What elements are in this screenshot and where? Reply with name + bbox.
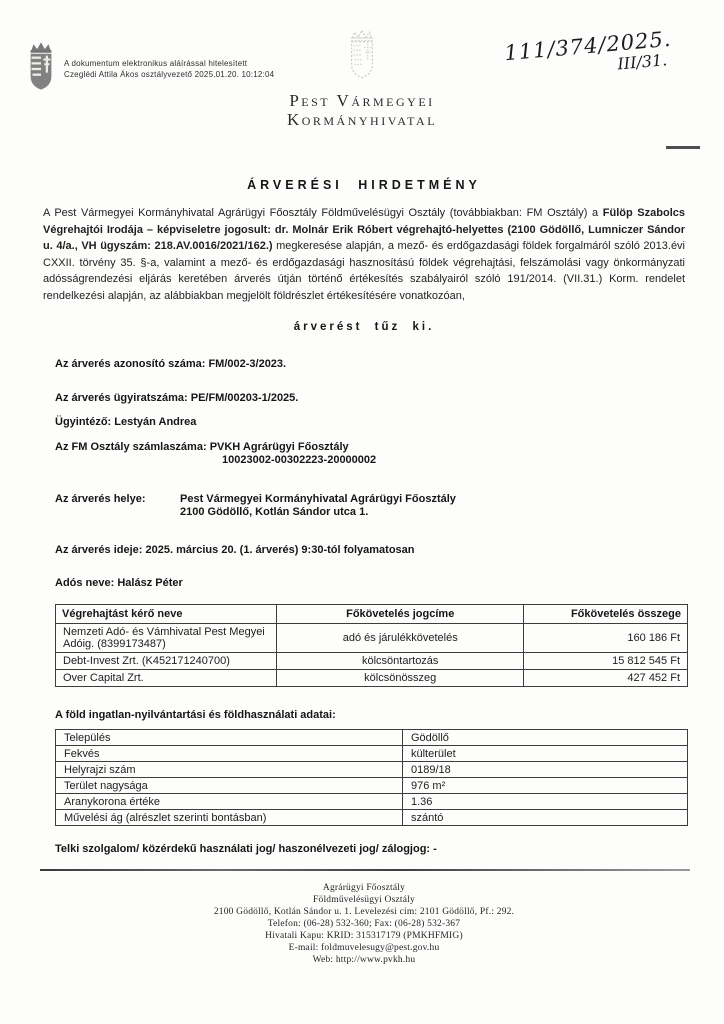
land-label: Fekvés	[56, 746, 403, 762]
claim-amount: 15 812 545 Ft	[524, 653, 688, 670]
auction-place-label: Az árverés helye:	[55, 493, 180, 519]
claim-amount: 160 186 Ft	[524, 624, 688, 653]
table-row: Over Capital Zrt. kölcsönösszeg 427 452 …	[56, 670, 688, 687]
footer-line: Földművelésügyi Osztály	[43, 894, 685, 906]
land-label: Település	[56, 730, 403, 746]
land-value: külterület	[403, 746, 688, 762]
land-value: 1.36	[403, 794, 688, 810]
footer-line: Agrárügyi Főosztály	[43, 882, 685, 894]
auction-id-line: Az árverés azonosító száma: FM/002-3/202…	[55, 358, 685, 370]
table-row: Művelési ág (alrészlet szerinti bontásba…	[56, 810, 688, 826]
scan-artifact-dash	[666, 146, 700, 149]
account-section: Az FM Osztály számlaszáma: PVKH Agrárügy…	[55, 441, 685, 466]
table-row: Település Gödöllő	[56, 730, 688, 746]
footer-line: 2100 Gödöllő, Kotlán Sándor u. 1. Levele…	[43, 906, 685, 918]
claim-amount: 427 452 Ft	[524, 670, 688, 687]
table-row: Debt-Invest Zrt. (K452171240700) kölcsön…	[56, 653, 688, 670]
account-number: 10023002-00302223-20000002	[55, 454, 685, 466]
creditor-name: Over Capital Zrt.	[56, 670, 277, 687]
account-line: Az FM Osztály számlaszáma: PVKH Agrárügy…	[55, 441, 685, 453]
table-row: Nemzeti Adó- és Vámhivatal Pest Megyei A…	[56, 624, 688, 653]
auction-place-section: Az árverés helye: Pest Vármegyei Kormány…	[55, 493, 685, 519]
footer-line: E-mail: foldmuvelesugy@pest.gov.hu	[43, 942, 685, 954]
land-label: Aranykorona értéke	[56, 794, 403, 810]
org-name: Pest Vármegyei Kormányhivatal	[0, 91, 724, 129]
clerk-line: Ügyintéző: Lestyán Andrea	[55, 416, 685, 428]
land-label: Helyrajzi szám	[56, 762, 403, 778]
footer-line: Web: http://www.pvkh.hu	[43, 954, 685, 966]
footer-line: Telefon: (06-28) 532-360; Fax: (06-28) 5…	[43, 918, 685, 930]
page-footer: Agrárügyi Főosztály Földművelésügyi Oszt…	[43, 882, 685, 966]
footer-divider	[40, 869, 690, 871]
org-name-line-2: Kormányhivatal	[0, 110, 724, 129]
coat-of-arms-icon	[345, 24, 379, 89]
creditors-header-claim-amount: Főkövetelés összege	[524, 605, 688, 624]
intro-pre: A Pest Vármegyei Kormányhivatal Agrárügy…	[43, 207, 603, 219]
land-value: 976 m²	[403, 778, 688, 794]
document-header: A dokumentum elektronikus aláírással hit…	[0, 0, 724, 152]
table-row: Aranykorona értéke 1.36	[56, 794, 688, 810]
table-row: Fekvés külterület	[56, 746, 688, 762]
table-row: Terület nagysága 976 m²	[56, 778, 688, 794]
creditor-name: Debt-Invest Zrt. (K452171240700)	[56, 653, 277, 670]
auction-time-line: Az árverés ideje: 2025. március 20. (1. …	[55, 544, 685, 556]
creditors-header-claim-title: Főkövetelés jogcíme	[277, 605, 524, 624]
account-name: PVKH Agrárügyi Főosztály	[210, 441, 349, 453]
servitude-line: Telki szolgalom/ közérdekű használati jo…	[55, 843, 685, 855]
auction-place-line-2: 2100 Gödöllő, Kotlán Sándor utca 1.	[180, 506, 456, 518]
claim-title: kölcsönösszeg	[277, 670, 524, 687]
land-value: szántó	[403, 810, 688, 826]
creditors-header-row: Végrehajtást kérő neve Főkövetelés jogcí…	[56, 605, 688, 624]
claim-title: adó és járulékkövetelés	[277, 624, 524, 653]
land-table: Település Gödöllő Fekvés külterület Hely…	[55, 729, 688, 826]
document-page: A dokumentum elektronikus aláírással hit…	[0, 0, 724, 1024]
case-number-line: Az árverés ügyiratszáma: PE/FM/00203-1/2…	[55, 392, 685, 404]
creditor-name: Nemzeti Adó- és Vámhivatal Pest Megyei A…	[56, 624, 277, 653]
land-data-title: A föld ingatlan-nyilvántartási és földha…	[55, 709, 685, 721]
auction-place-line-1: Pest Vármegyei Kormányhivatal Agrárügyi …	[180, 493, 456, 505]
table-row: Helyrajzi szám 0189/18	[56, 762, 688, 778]
land-label: Terület nagysága	[56, 778, 403, 794]
page-title: ÁRVERÉSI HIRDETMÉNY	[43, 178, 685, 192]
document-body: ÁRVERÉSI HIRDETMÉNY A Pest Vármegyei Kor…	[0, 178, 724, 966]
org-name-line-1: Pest Vármegyei	[0, 91, 724, 110]
land-value: Gödöllő	[403, 730, 688, 746]
footer-line: Hivatali Kapu: KRID: 315317179 (PMKHFMIG…	[43, 930, 685, 942]
intro-paragraph: A Pest Vármegyei Kormányhivatal Agrárügy…	[43, 205, 685, 304]
proclamation-line: árverést tűz ki.	[43, 321, 685, 333]
land-value: 0189/18	[403, 762, 688, 778]
claim-title: kölcsöntartozás	[277, 653, 524, 670]
land-label: Művelési ág (alrészlet szerinti bontásba…	[56, 810, 403, 826]
auction-place-value: Pest Vármegyei Kormányhivatal Agrárügyi …	[180, 493, 456, 519]
debtor-line: Adós neve: Halász Péter	[55, 577, 685, 589]
creditors-table: Végrehajtást kérő neve Főkövetelés jogcí…	[55, 604, 688, 687]
account-label: Az FM Osztály számlaszáma:	[55, 441, 207, 453]
creditors-header-name: Végrehajtást kérő neve	[56, 605, 277, 624]
